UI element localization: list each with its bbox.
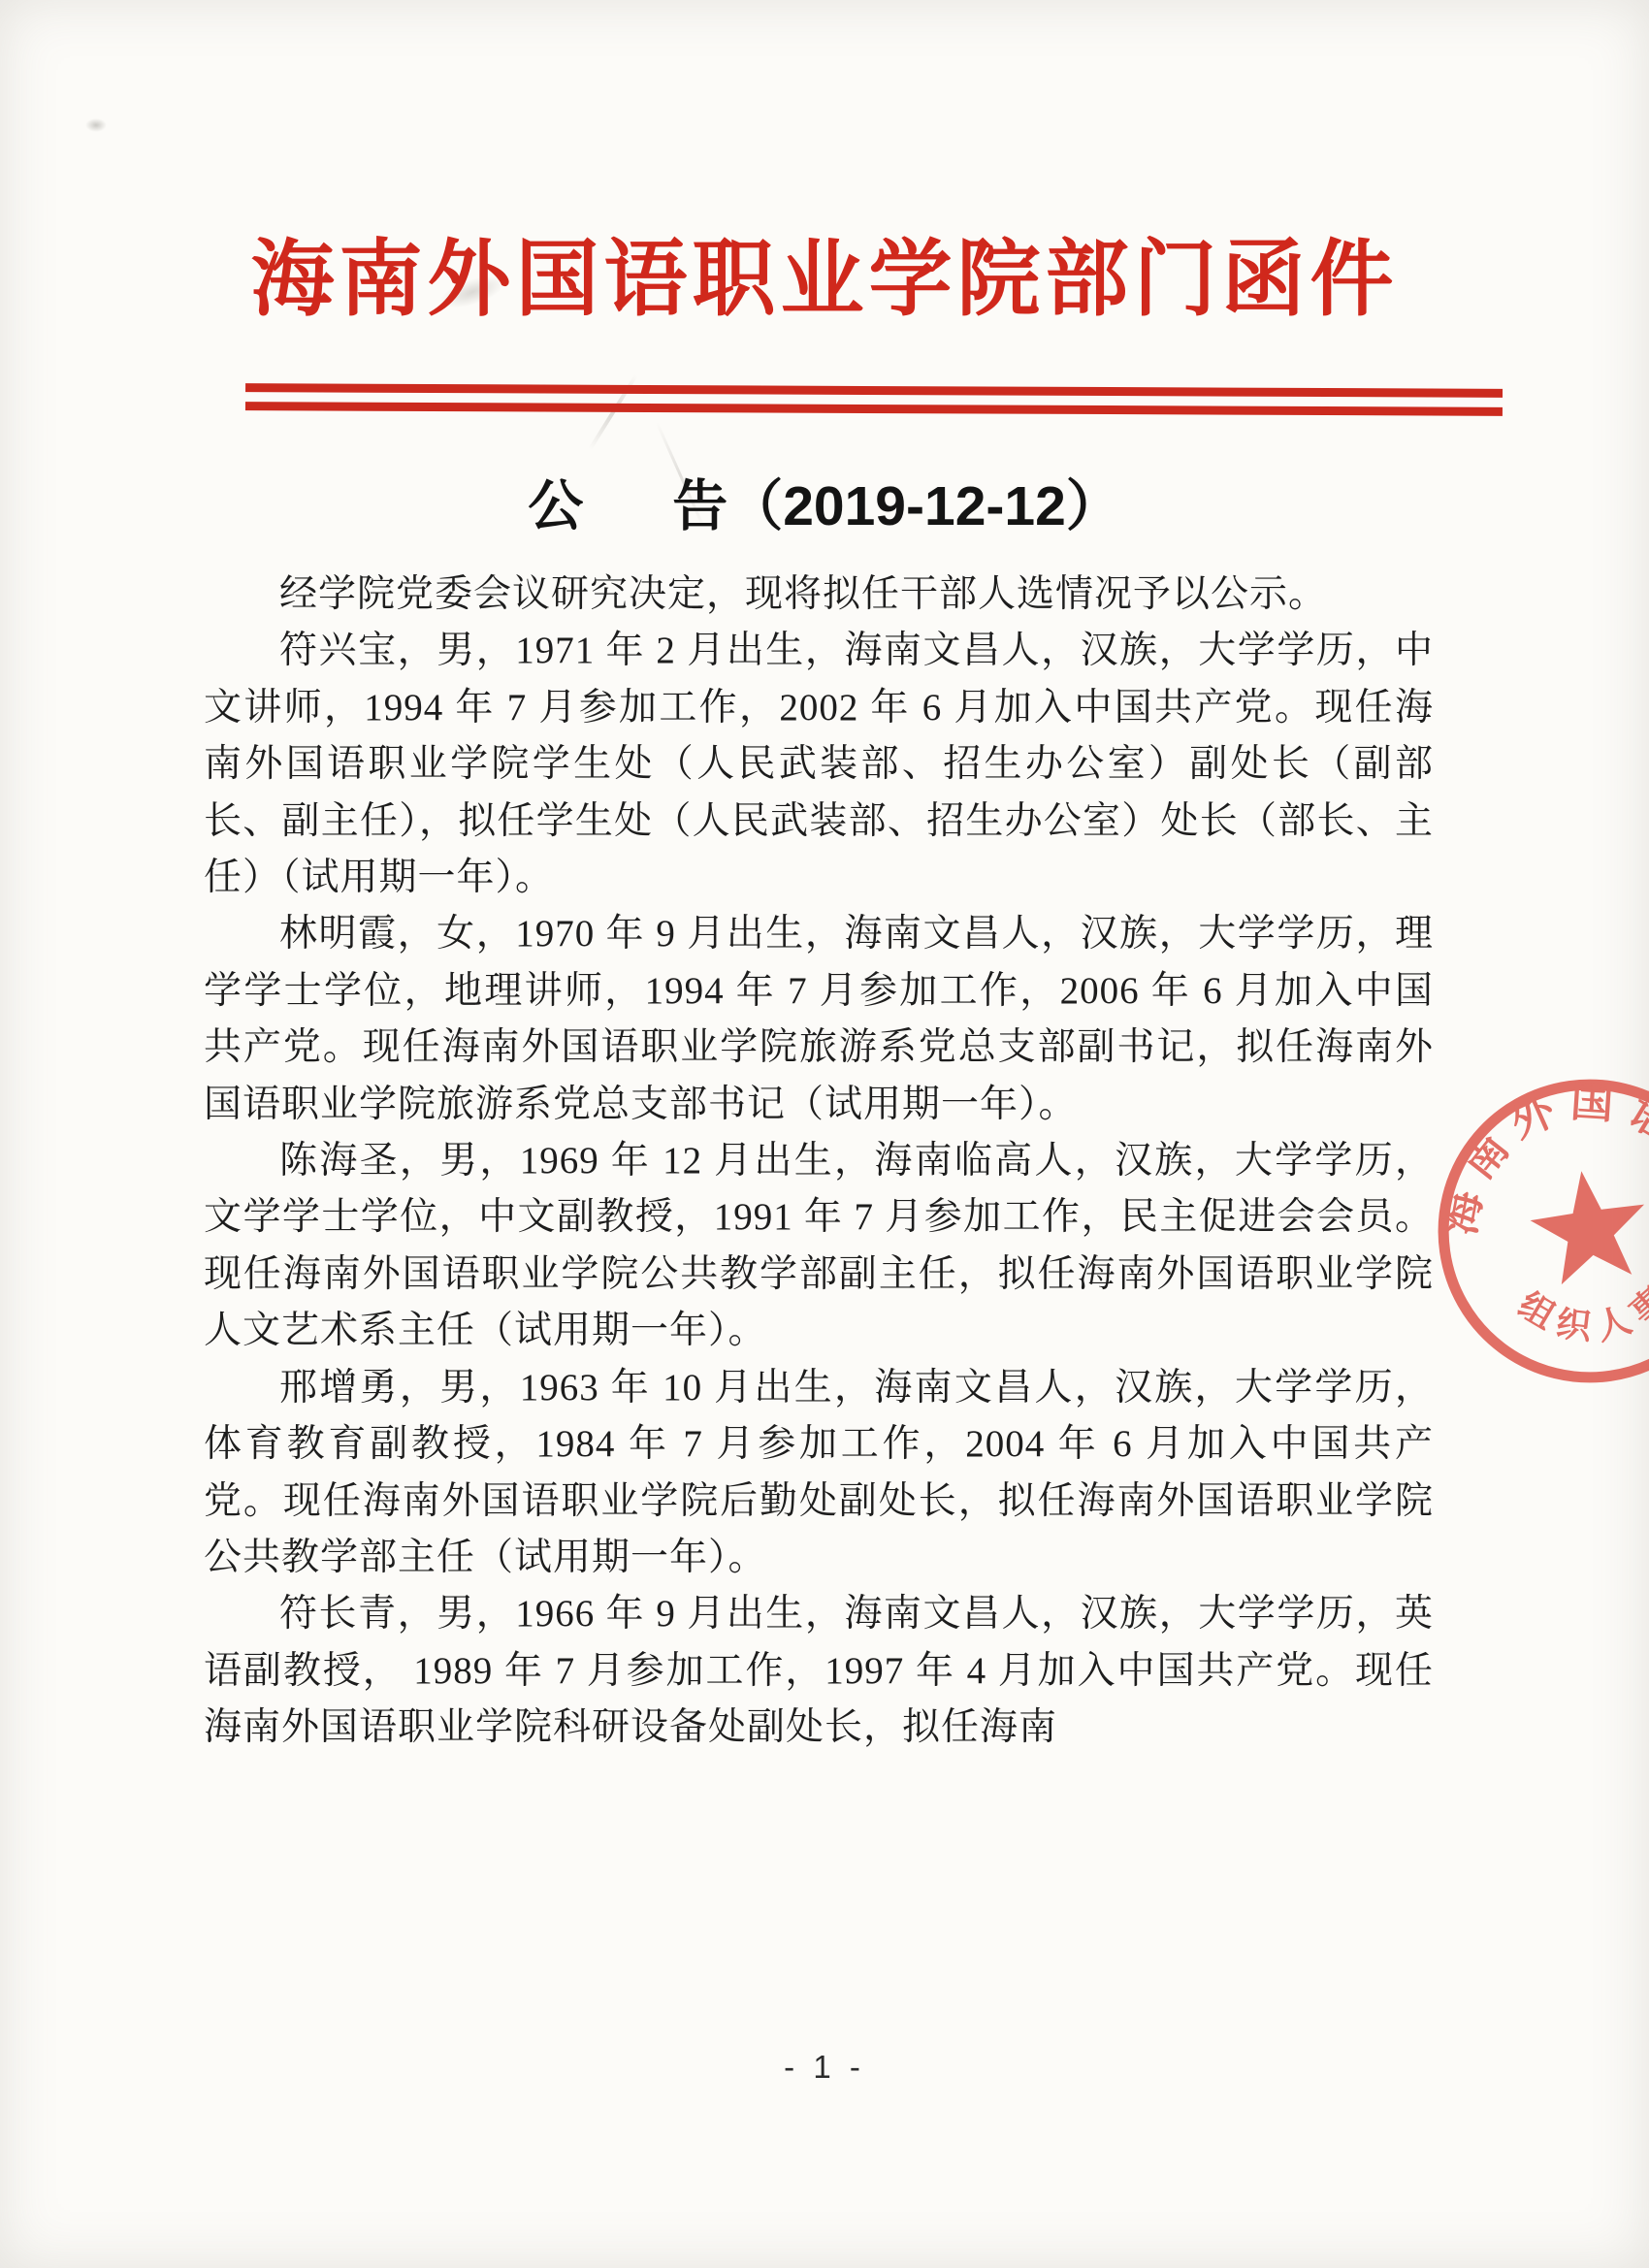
official-seal: 海南外国语职 组织人事 bbox=[1401, 1042, 1649, 1421]
divider-line-top bbox=[245, 383, 1503, 398]
divider-line-bottom bbox=[245, 402, 1503, 416]
notice-title-word: 公 bbox=[528, 475, 583, 537]
page-number: - 1 - bbox=[0, 2049, 1649, 2086]
seal-arc-text-bottom: 组织人事 bbox=[1507, 1264, 1649, 1360]
scanned-document-page: 海南外国语职业学院部门函件 公告（2019-12-12） 经学院党委会议研究决定… bbox=[0, 0, 1649, 2268]
seal-star-icon bbox=[1525, 1163, 1649, 1287]
paragraph-candidate-2: 林明霞，女，1970 年 9 月出生，海南文昌人，汉族，大学学历，理学学士学位，… bbox=[204, 906, 1434, 1133]
notice-title-date: 告（2019-12-12） bbox=[672, 475, 1121, 537]
paragraph-candidate-1: 符兴宝，男，1971 年 2 月出生，海南文昌人，汉族，大学学历，中文讲师，19… bbox=[204, 623, 1434, 906]
notice-title: 公告（2019-12-12） bbox=[0, 462, 1649, 541]
paragraph-candidate-4: 邢增勇，男，1963 年 10 月出生，海南文昌人，汉族，大学学历，体育教育副教… bbox=[204, 1360, 1434, 1587]
paragraph-candidate-5: 符长青，男，1966 年 9 月出生，海南文昌人，汉族，大学学历，英语副教授， … bbox=[204, 1586, 1434, 1756]
letterhead-title: 海南外国语职业学院部门函件 bbox=[0, 211, 1649, 332]
scan-artifact bbox=[85, 118, 107, 132]
paragraph-candidate-3: 陈海圣，男，1969 年 12 月出生，海南临高人，汉族，大学学历，文学学士学位… bbox=[204, 1133, 1434, 1360]
paragraph-intro: 经学院党委会议研究决定，现将拟任干部人选情况予以公示。 bbox=[204, 567, 1434, 623]
letterhead-divider bbox=[245, 383, 1503, 416]
notice-body: 经学院党委会议研究决定，现将拟任干部人选情况予以公示。 符兴宝，男，1971 年… bbox=[204, 567, 1434, 1757]
